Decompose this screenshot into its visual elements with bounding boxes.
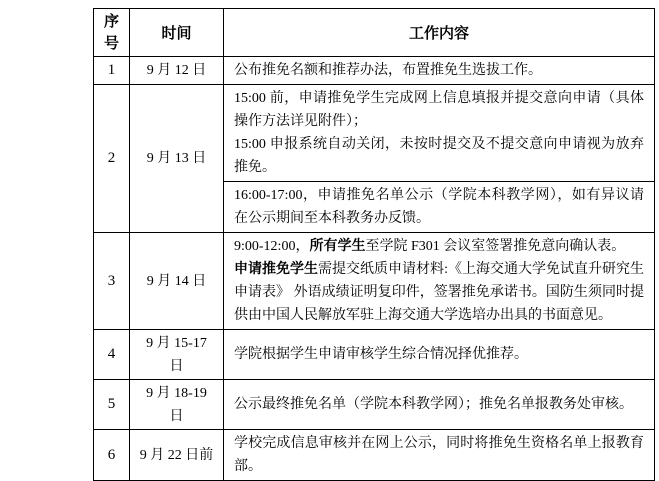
paragraph: 15:00 申报系统自动关闭，未按时提交及不提交意向申请视为放弃推免。 xyxy=(234,133,644,179)
time-line: 9 月 14 日 xyxy=(130,270,223,293)
text-segment: 9:00-12:00， xyxy=(234,239,309,254)
row-5-time: 9 月 18-19 日 xyxy=(130,380,224,430)
bold-text-segment: 所有学生 xyxy=(309,239,365,254)
time-line: 日 xyxy=(130,355,223,378)
row-3-seq: 3 xyxy=(94,233,130,330)
text-segment: 至学院 F301 会议室签署推免意向确认表。 xyxy=(365,239,625,254)
header-cell-content: 工作内容 xyxy=(224,9,655,57)
time-line: 9 月 22 日前 xyxy=(130,444,223,467)
paragraph: 公示最终推免名单（学院本科教学网）；推免名单报教务处审核。 xyxy=(234,393,644,416)
row-6-time: 9 月 22 日前 xyxy=(130,430,224,481)
paragraph: 公布推免名额和推荐办法，布置推免生选拔工作。 xyxy=(234,59,644,82)
row-3-content: 9:00-12:00，所有学生至学院 F301 会议室签署推免意向确认表。 申请… xyxy=(224,233,655,330)
row-1-time: 9 月 12 日 xyxy=(130,57,224,85)
header-row: 序号 时间 工作内容 xyxy=(94,9,655,57)
paragraph: 16:00-17:00，申请推免名单公示（学院本科教学网），如有异议请在公示期间… xyxy=(234,184,644,230)
table-row: 5 9 月 18-19 日 公示最终推免名单（学院本科教学网）；推免名单报教务处… xyxy=(94,380,655,430)
row-2-content-bottom: 16:00-17:00，申请推免名单公示（学院本科教学网），如有异议请在公示期间… xyxy=(224,182,655,233)
row-1-content: 公布推免名额和推荐办法，布置推免生选拔工作。 xyxy=(224,57,655,85)
schedule-table: 序号 时间 工作内容 1 9 月 12 日 公布推免名额和推荐办法，布置推免生选… xyxy=(93,8,655,481)
paragraph: 学院根据学生申请审核学生综合情况择优推荐。 xyxy=(234,343,644,366)
row-2-seq: 2 xyxy=(94,85,130,233)
time-line: 9 月 15-17 xyxy=(130,332,223,355)
table-row: 1 9 月 12 日 公布推免名额和推荐办法，布置推免生选拔工作。 xyxy=(94,57,655,85)
time-line: 9 月 18-19 xyxy=(130,382,223,405)
document-page: 序号 时间 工作内容 1 9 月 12 日 公布推免名额和推荐办法，布置推免生选… xyxy=(0,0,659,481)
table-row: 4 9 月 15-17 日 学院根据学生申请审核学生综合情况择优推荐。 xyxy=(94,330,655,380)
header-content-label: 工作内容 xyxy=(409,26,469,42)
table-row: 6 9 月 22 日前 学校完成信息审核并在网上公示，同时将推免生资格名单上报教… xyxy=(94,430,655,481)
row-3-time: 9 月 14 日 xyxy=(130,233,224,330)
header-seq-label: 序号 xyxy=(103,11,120,55)
row-4-content: 学院根据学生申请审核学生综合情况择优推荐。 xyxy=(224,330,655,380)
header-cell-time: 时间 xyxy=(130,9,224,57)
paragraph: 申请推免学生需提交纸质申请材料:《上海交通大学免试直升研究生申请表》 外语成绩证… xyxy=(234,258,644,327)
bold-text-segment: 申请推免学生 xyxy=(234,262,318,277)
table-row: 2 9 月 13 日 15:00 前，申请推免学生完成网上信息填报并提交意向申请… xyxy=(94,85,655,182)
row-2-time: 9 月 13 日 xyxy=(130,85,224,233)
row-4-seq: 4 xyxy=(94,330,130,380)
time-line: 日 xyxy=(130,405,223,428)
header-time-label: 时间 xyxy=(161,26,191,42)
time-line: 9 月 12 日 xyxy=(130,59,223,82)
header-cell-seq: 序号 xyxy=(94,9,130,57)
row-1-seq: 1 xyxy=(94,57,130,85)
row-6-content: 学校完成信息审核并在网上公示，同时将推免生资格名单上报教育部。 xyxy=(224,430,655,481)
paragraph: 15:00 前，申请推免学生完成网上信息填报并提交意向申请（具体操作方法详见附件… xyxy=(234,87,644,133)
row-6-seq: 6 xyxy=(94,430,130,481)
row-4-time: 9 月 15-17 日 xyxy=(130,330,224,380)
row-2-content-top: 15:00 前，申请推免学生完成网上信息填报并提交意向申请（具体操作方法详见附件… xyxy=(224,85,655,182)
paragraph: 9:00-12:00，所有学生至学院 F301 会议室签署推免意向确认表。 xyxy=(234,235,644,258)
time-line: 9 月 13 日 xyxy=(130,147,223,170)
table-row: 3 9 月 14 日 9:00-12:00，所有学生至学院 F301 会议室签署… xyxy=(94,233,655,330)
paragraph: 学校完成信息审核并在网上公示，同时将推免生资格名单上报教育部。 xyxy=(234,432,644,478)
row-5-content: 公示最终推免名单（学院本科教学网）；推免名单报教务处审核。 xyxy=(224,380,655,430)
row-5-seq: 5 xyxy=(94,380,130,430)
